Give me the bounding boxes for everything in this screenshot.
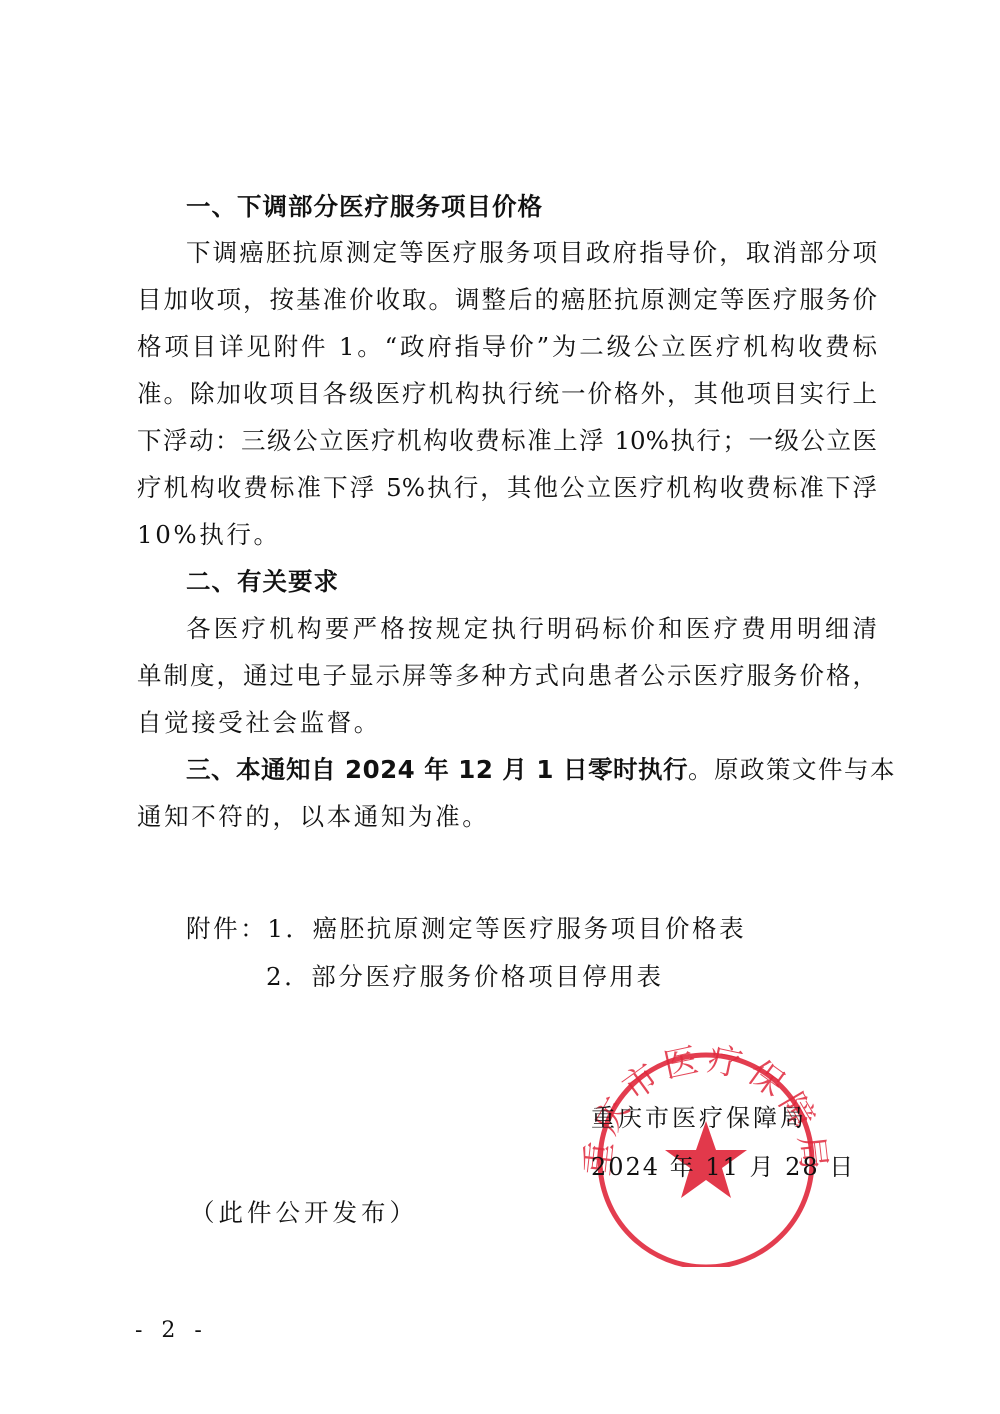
page-number: - 2 - xyxy=(135,1318,208,1343)
attachment-label: 附件： xyxy=(186,914,267,943)
section2-line-3: 自觉接受社会监督。 xyxy=(137,708,877,738)
section1-line-1: 下调癌胚抗原测定等医疗服务项目政府指导价，取消部分项 xyxy=(186,238,877,268)
section2-line-1: 各医疗机构要严格按规定执行明码标价和医疗费用明细清 xyxy=(186,614,877,644)
section3-line-2: 通知不符的，以本通知为准。 xyxy=(137,802,877,832)
section3-line-1: 三、本通知自 2024 年 12 月 1 日零时执行。原政策文件与本 xyxy=(186,755,877,785)
section1-line-4: 准。除加收项目各级医疗机构执行统一价格外，其他项目实行上 xyxy=(137,379,877,409)
attachment-item-1: 1．癌胚抗原测定等医疗服务项目价格表 xyxy=(267,914,746,943)
section1-line-5: 下浮动：三级公立医疗机构收费标准上浮 10%执行；一级公立医 xyxy=(137,426,877,456)
section3-bold-text: 三、本通知自 2024 年 12 月 1 日零时执行 xyxy=(186,755,688,784)
attachment-item-2: 2．部分医疗服务价格项目停用表 xyxy=(266,962,1000,992)
section1-line-3: 格项目详见附件 1。“政府指导价”为二级公立医疗机构收费标 xyxy=(137,332,877,362)
section2-heading: 二、有关要求 xyxy=(186,567,926,597)
issue-date: 2024 年 11 月 28 日 xyxy=(591,1152,855,1182)
section1-line-2: 目加收项，按基准价收取。调整后的癌胚抗原测定等医疗服务价 xyxy=(137,285,877,315)
section1-line-7: 10%执行。 xyxy=(137,520,877,550)
document-page: 一、下调部分医疗服务项目价格 下调癌胚抗原测定等医疗服务项目政府指导价，取消部分… xyxy=(0,0,1000,1414)
publication-note: （此件公开发布） xyxy=(190,1198,930,1228)
section1-line-6: 疗机构收费标准下浮 5%执行，其他公立医疗机构收费标准下浮 xyxy=(137,473,877,503)
issuer-name: 重庆市医疗保障局 xyxy=(591,1103,807,1133)
section2-line-2: 单制度，通过电子显示屏等多种方式向患者公示医疗服务价格， xyxy=(137,661,877,691)
attachment-line-1: 附件：1．癌胚抗原测定等医疗服务项目价格表 xyxy=(186,914,926,944)
section1-heading: 一、下调部分医疗服务项目价格 xyxy=(186,192,926,222)
section3-rest-text: 。原政策文件与本 xyxy=(688,755,896,784)
